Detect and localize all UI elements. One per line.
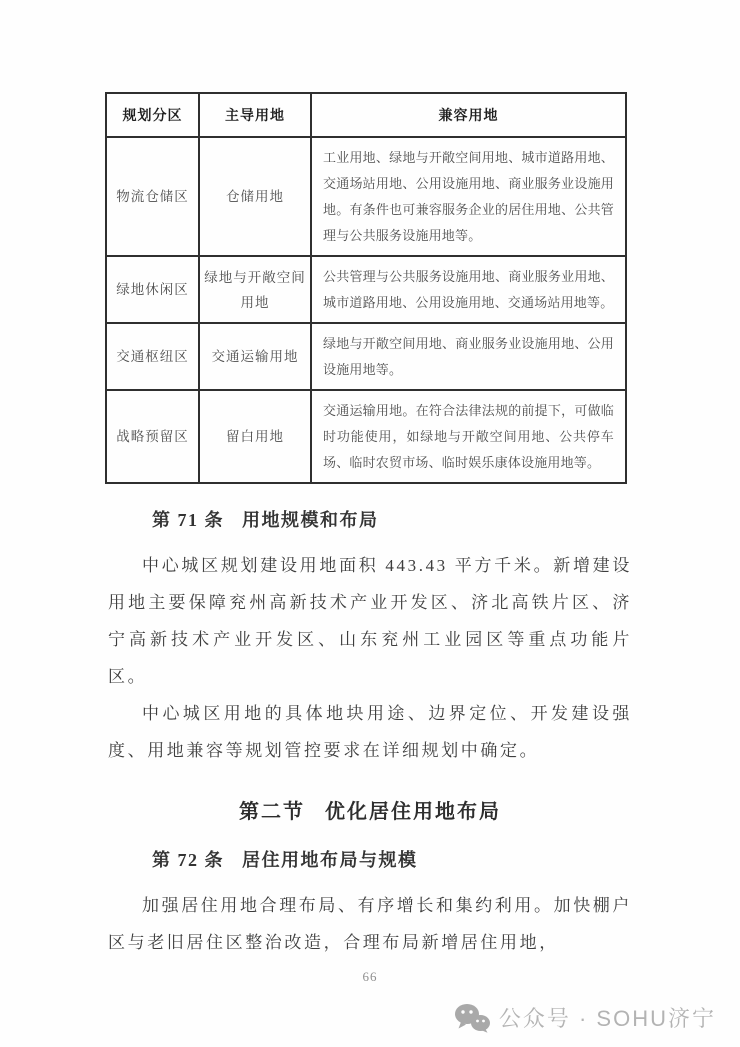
section-heading: 第二节优化居住用地布局 [0,795,740,824]
document-page: 规划分区 主导用地 兼容用地 物流仓储区 仓储用地 工业用地、绿地与开敞空间用地… [0,0,740,1047]
article-number: 第 71 条 [152,510,224,530]
table-row: 交通枢纽区 交通运输用地 绿地与开敞空间用地、商业服务业设施用地、公用设施用地等… [106,323,626,390]
column-header-dominant: 主导用地 [199,93,311,137]
paragraph: 中心城区用地的具体地块用途、边界定位、开发建设强度、用地兼容等规划管控要求在详细… [108,695,632,769]
compatible-cell: 公共管理与公共服务设施用地、商业服务业用地、城市道路用地、公用设施用地、交通场站… [311,256,626,323]
compatible-cell: 绿地与开敞空间用地、商业服务业设施用地、公用设施用地等。 [311,323,626,390]
compatible-cell: 交通运输用地。在符合法律法规的前提下，可做临时功能使用，如绿地与开敞空间用地、公… [311,390,626,483]
table-row: 物流仓储区 仓储用地 工业用地、绿地与开敞空间用地、城市道路用地、交通场站用地、… [106,137,626,256]
section-title: 优化居住用地布局 [325,801,501,823]
column-header-zone: 规划分区 [106,93,199,137]
paragraph: 加强居住用地合理布局、有序增长和集约利用。加快棚户区与老旧居住区整治改造，合理布… [108,887,632,961]
article-title: 居住用地布局与规模 [242,850,418,870]
watermark: 公众号 · SOHU济宁 [454,1002,716,1033]
article-number: 第 72 条 [152,850,224,870]
land-use-compatibility-table: 规划分区 主导用地 兼容用地 物流仓储区 仓储用地 工业用地、绿地与开敞空间用地… [105,92,627,484]
paragraph: 中心城区规划建设用地面积 443.43 平方千米。新增建设用地主要保障兖州高新技… [108,547,632,695]
zone-cell: 交通枢纽区 [106,323,199,390]
article-title: 用地规模和布局 [242,510,379,530]
zone-cell: 战略预留区 [106,390,199,483]
compatible-cell: 工业用地、绿地与开敞空间用地、城市道路用地、交通场站用地、公用设施用地、商业服务… [311,137,626,256]
table-row: 战略预留区 留白用地 交通运输用地。在符合法律法规的前提下，可做临时功能使用，如… [106,390,626,483]
dominant-cell: 仓储用地 [199,137,311,256]
dominant-cell: 交通运输用地 [199,323,311,390]
table-row: 绿地休闲区 绿地与开敞空间用地 公共管理与公共服务设施用地、商业服务业用地、城市… [106,256,626,323]
zone-cell: 绿地休闲区 [106,256,199,323]
watermark-text: 公众号 · SOHU济宁 [499,1002,716,1033]
dominant-cell: 留白用地 [199,390,311,483]
wechat-icon [454,1003,490,1033]
article-72-heading: 第 72 条居住用地布局与规模 [152,846,740,872]
section-number: 第二节 [239,801,305,823]
dominant-cell: 绿地与开敞空间用地 [199,256,311,323]
column-header-compatible: 兼容用地 [311,93,626,137]
page-number: 66 [0,969,740,985]
article-71-heading: 第 71 条用地规模和布局 [152,506,740,532]
zone-cell: 物流仓储区 [106,137,199,256]
table-header-row: 规划分区 主导用地 兼容用地 [106,93,626,137]
